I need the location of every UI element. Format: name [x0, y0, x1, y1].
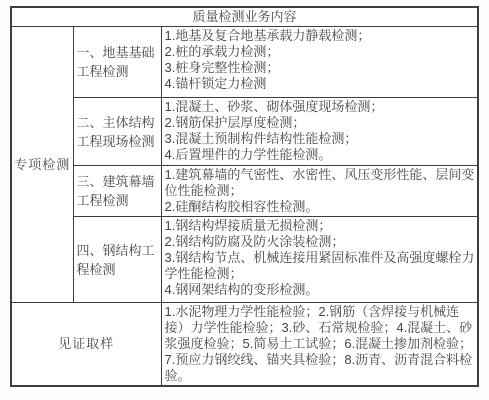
item-line: 1.地基及复合地基承载力静载检测； — [165, 28, 476, 44]
category-cell-steel-structure: 四、钢结构工程检测 — [73, 217, 161, 303]
item-line: 4.后置埋件的力学性能检测。 — [165, 147, 476, 163]
page: 质量检测业务内容 专项检测 一、地基基础工程检测 1.地基及复合地基承载力静载检… — [0, 0, 489, 400]
items-cell-curtain-wall: 1.建筑幕墙的气密性、水密性、风压变形性能、层间变位性能检测； 2.硅酮结构胶相… — [161, 166, 478, 217]
table-title: 质量检测业务内容 — [11, 7, 478, 27]
item-line: 2.钢结构防腐及防火涂装检测； — [165, 234, 476, 250]
item-line: 2.钢筋保护层厚度检测； — [165, 115, 476, 131]
item-line: 3.钢结构节点、机械连接用紧固标准件及高强度螺栓力学性能检测； — [165, 250, 476, 282]
item-line: 3.桩身完整性检测； — [165, 60, 476, 76]
table-row: 四、钢结构工程检测 1.钢结构焊接质量无损检测； 2.钢结构防腐及防火涂装检测；… — [11, 217, 478, 303]
table-row: 二、主体结构工程现场检测 1.混凝土、砂浆、砌体强度现场检测； 2.钢筋保护层厚… — [11, 98, 478, 166]
category-cell-main-structure: 二、主体结构工程现场检测 — [73, 98, 161, 166]
items-cell-foundation: 1.地基及复合地基承载力静载检测； 2.桩的承载力检测； 3.桩身完整性检测； … — [161, 27, 478, 98]
item-line: 1.建筑幕墙的气密性、水密性、风压变形性能、层间变位性能检测； — [165, 167, 476, 199]
table-row: 三、建筑幕墙工程检测 1.建筑幕墙的气密性、水密性、风压变形性能、层间变位性能检… — [11, 166, 478, 217]
item-line: 2.硅酮结构胶相容性检测。 — [165, 199, 476, 215]
table-row: 见证取样 1.水泥物理力学性能检验；2.钢筋（含焊接与机械连接）力学性能检验；3… — [11, 303, 478, 387]
item-line: 4.锚杆锁定力检测 — [165, 76, 476, 92]
item-line: 3.混凝土预制构件结构性能检测； — [165, 131, 476, 147]
item-line: 2.桩的承载力检测； — [165, 44, 476, 60]
item-line: 1.钢结构焊接质量无损检测； — [165, 218, 476, 234]
table-header-row: 质量检测业务内容 — [11, 7, 478, 27]
category-cell-curtain-wall: 三、建筑幕墙工程检测 — [73, 166, 161, 217]
items-cell-main-structure: 1.混凝土、砂浆、砌体强度现场检测； 2.钢筋保护层厚度检测； 3.混凝土预制构… — [161, 98, 478, 166]
special-inspection-group-cell: 专项检测 — [11, 27, 73, 303]
item-line: 4.钢网架结构的变形检测。 — [165, 282, 476, 298]
witness-sampling-label-cell: 见证取样 — [11, 303, 161, 387]
witness-sampling-content-cell: 1.水泥物理力学性能检验；2.钢筋（含焊接与机械连接）力学性能检验；3.砂、石常… — [161, 303, 478, 387]
quality-inspection-table: 质量检测业务内容 专项检测 一、地基基础工程检测 1.地基及复合地基承载力静载检… — [10, 6, 479, 387]
category-cell-foundation: 一、地基基础工程检测 — [73, 27, 161, 98]
items-cell-steel-structure: 1.钢结构焊接质量无损检测； 2.钢结构防腐及防火涂装检测； 3.钢结构节点、机… — [161, 217, 478, 303]
table-row: 专项检测 一、地基基础工程检测 1.地基及复合地基承载力静载检测； 2.桩的承载… — [11, 27, 478, 98]
item-line: 1.混凝土、砂浆、砌体强度现场检测； — [165, 99, 476, 115]
